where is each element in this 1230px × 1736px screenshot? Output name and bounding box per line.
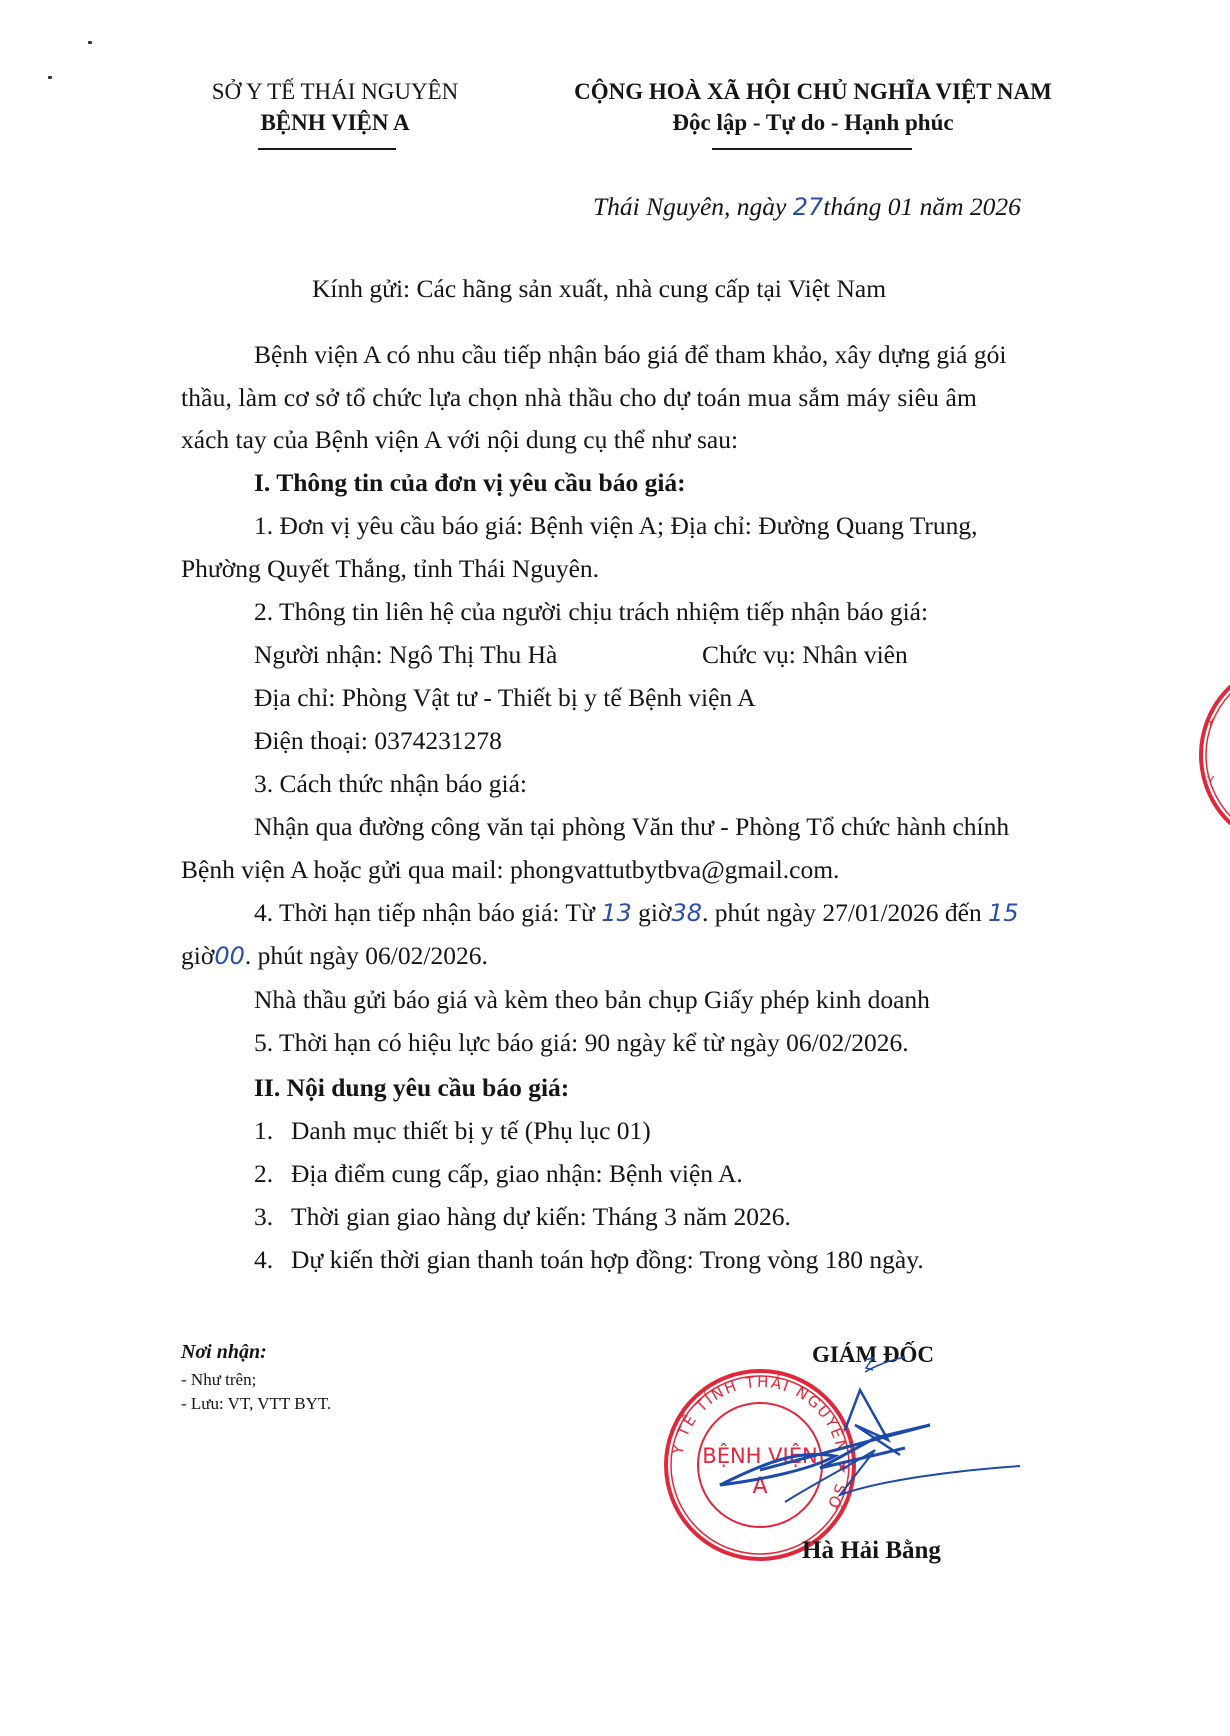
- item-4-middle: . phút ngày 27/01/2026 đến: [702, 898, 988, 927]
- section-1-item-2: 2. Thông tin liên hệ của người chịu trác…: [254, 599, 928, 625]
- national-title: CỘNG HOÀ XÃ HỘI CHỦ NGHĨA VIỆT NAM: [548, 80, 1078, 103]
- item-text: Thời gian giao hàng dự kiến: Tháng 3 năm…: [291, 1202, 791, 1231]
- item-number: 1.: [254, 1118, 291, 1144]
- recipient-item: - Lưu: VT, VTT BYT.: [181, 1394, 331, 1414]
- item-number: 4.: [254, 1247, 291, 1273]
- section-1-item-1-line-2: Phường Quyết Thắng, tỉnh Thái Nguyên.: [181, 556, 599, 582]
- contact-person: Người nhận: Ngô Thị Thu Hà: [254, 642, 557, 668]
- section-2-item-1: 1.Danh mục thiết bị y tế (Phụ lục 01): [254, 1118, 651, 1144]
- department-name: SỞ Y TẾ THÁI NGUYÊN: [195, 80, 475, 103]
- handwritten-end-hour: 15: [988, 899, 1019, 927]
- section-1-item-4-line-1: 4. Thời hạn tiếp nhận báo giá: Từ 13 giờ…: [254, 900, 1019, 926]
- section-2-item-3: 3.Thời gian giao hàng dự kiến: Tháng 3 n…: [254, 1204, 791, 1230]
- contact-address: Địa chỉ: Phòng Vật tư - Thiết bị y tế Bệ…: [254, 685, 756, 711]
- national-motto: Độc lập - Tự do - Hạnh phúc: [548, 111, 1078, 134]
- recipients-label: Nơi nhận:: [181, 1341, 267, 1364]
- item-4-hour-label: giờ: [632, 898, 672, 927]
- item-text: Địa điểm cung cấp, giao nhận: Bệnh viện …: [291, 1159, 743, 1188]
- handwritten-day: 27: [793, 193, 824, 221]
- header-left-underline: [258, 148, 396, 150]
- intro-line-1: Bệnh viện A có nhu cầu tiếp nhận báo giá…: [254, 342, 1006, 368]
- item-text: Danh mục thiết bị y tế (Phụ lục 01): [291, 1116, 651, 1145]
- item-4-line-2-suffix: . phút ngày 06/02/2026.: [245, 941, 488, 970]
- scan-speck: [48, 76, 52, 79]
- scan-speck: [88, 41, 92, 44]
- recipient-item: - Như trên;: [181, 1370, 256, 1390]
- handwritten-start-minute: 38: [671, 899, 702, 927]
- section-2-heading: II. Nội dung yêu cầu báo giá:: [254, 1075, 569, 1101]
- section-2-item-2: 2.Địa điểm cung cấp, giao nhận: Bệnh việ…: [254, 1161, 743, 1187]
- section-1-heading: I. Thông tin của đơn vị yêu cầu báo giá:: [254, 470, 686, 496]
- partial-stamp-icon: Y Y: [1195, 685, 1230, 825]
- section-1-item-4-line-2: giờ00. phút ngày 06/02/2026.: [181, 943, 488, 969]
- signer-name: Hà Hải Bằng: [802, 1537, 941, 1565]
- svg-text:Y: Y: [1206, 716, 1215, 730]
- contact-position: Chức vụ: Nhân viên: [702, 642, 908, 668]
- intro-line-3: xách tay của Bệnh viện A với nội dung cụ…: [181, 427, 738, 453]
- item-4-line-2-prefix: giờ: [181, 941, 214, 970]
- recipient-line: Kính gửi: Các hãng sản xuất, nhà cung cấ…: [312, 276, 886, 302]
- section-1-item-3-detail-line-2: Bệnh viện A hoặc gửi qua mail: phongvatt…: [181, 857, 839, 883]
- header-right-underline: [712, 148, 912, 150]
- section-1-note: Nhà thầu gửi báo giá và kèm theo bản chụ…: [254, 987, 930, 1013]
- handwritten-end-minute: 00: [214, 942, 245, 970]
- section-2-item-4: 4.Dự kiến thời gian thanh toán hợp đồng:…: [254, 1247, 924, 1273]
- organization-name: BỆNH VIỆN A: [195, 111, 475, 134]
- item-number: 2.: [254, 1161, 291, 1187]
- item-4-prefix: 4. Thời hạn tiếp nhận báo giá: Từ: [254, 898, 601, 927]
- date-line: Thái Nguyên, ngày 27tháng 01 năm 2026: [593, 194, 1021, 220]
- date-prefix: Thái Nguyên, ngày: [593, 192, 793, 221]
- contact-phone: Điện thoại: 0374231278: [254, 728, 502, 754]
- item-text: Dự kiến thời gian thanh toán hợp đồng: T…: [291, 1245, 924, 1274]
- signature-icon: [700, 1330, 1030, 1530]
- svg-text:Y: Y: [1206, 774, 1215, 788]
- intro-line-2: thầu, làm cơ sở tổ chức lựa chọn nhà thầ…: [181, 385, 977, 411]
- section-1-item-3-detail-line-1: Nhận qua đường công văn tại phòng Văn th…: [254, 814, 1009, 840]
- date-suffix: tháng 01 năm 2026: [823, 192, 1021, 221]
- section-1-item-3: 3. Cách thức nhận báo giá:: [254, 771, 527, 797]
- section-1-item-5: 5. Thời hạn có hiệu lực báo giá: 90 ngày…: [254, 1030, 909, 1056]
- handwritten-start-hour: 13: [601, 899, 632, 927]
- section-1-item-1-line-1: 1. Đơn vị yêu cầu báo giá: Bệnh viện A; …: [254, 513, 978, 539]
- item-number: 3.: [254, 1204, 291, 1230]
